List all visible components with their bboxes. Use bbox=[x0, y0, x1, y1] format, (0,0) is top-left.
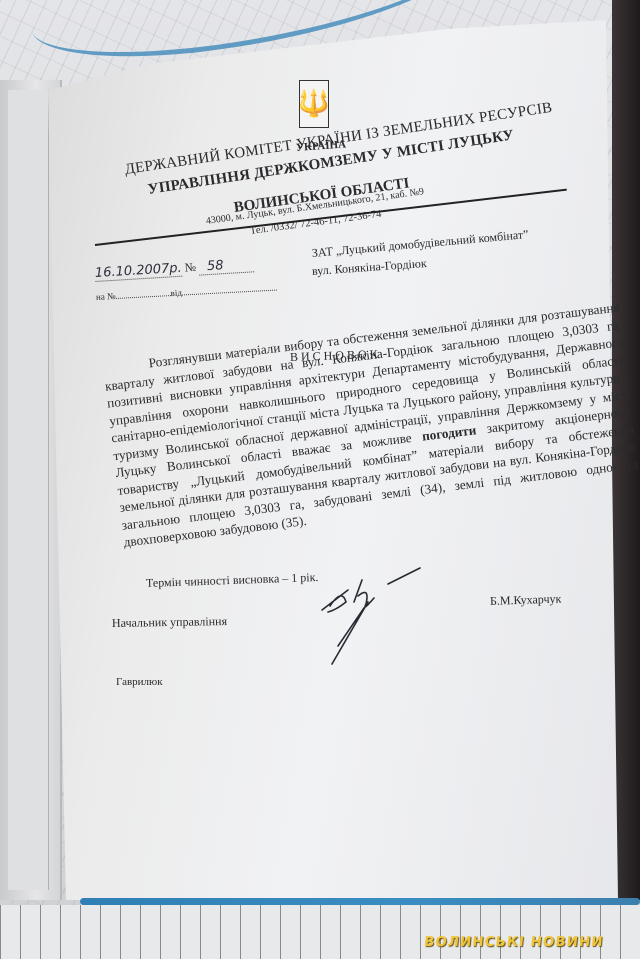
reference-line: на №від bbox=[96, 283, 277, 302]
registration-number: 58 bbox=[199, 256, 254, 275]
document-body: Розглянувши матеріали вибору та обстежен… bbox=[102, 298, 640, 551]
registration-line: 16.10.2007р. № 58 bbox=[95, 256, 255, 282]
handwritten-signature bbox=[318, 566, 428, 666]
watermark-logo: ВОЛИНСЬКІ НОВИНИ bbox=[423, 934, 604, 950]
letter: 🔱 УКРАЇНА ДЕРЖАВНИЙ КОМІТЕТ УКРАЇНИ ІЗ З… bbox=[0, 0, 640, 959]
executor-name: Гаврилюк bbox=[116, 676, 163, 688]
signer-position: Начальник управління bbox=[112, 614, 227, 631]
number-label: № bbox=[184, 260, 196, 275]
trident-icon: 🔱 bbox=[299, 80, 329, 128]
registration-date: 16.10.2007р. bbox=[95, 261, 183, 282]
signer-name: Б.М.Кухарчук bbox=[490, 592, 562, 609]
validity-term: Термін чинності висновка – 1 рік. bbox=[146, 570, 319, 591]
